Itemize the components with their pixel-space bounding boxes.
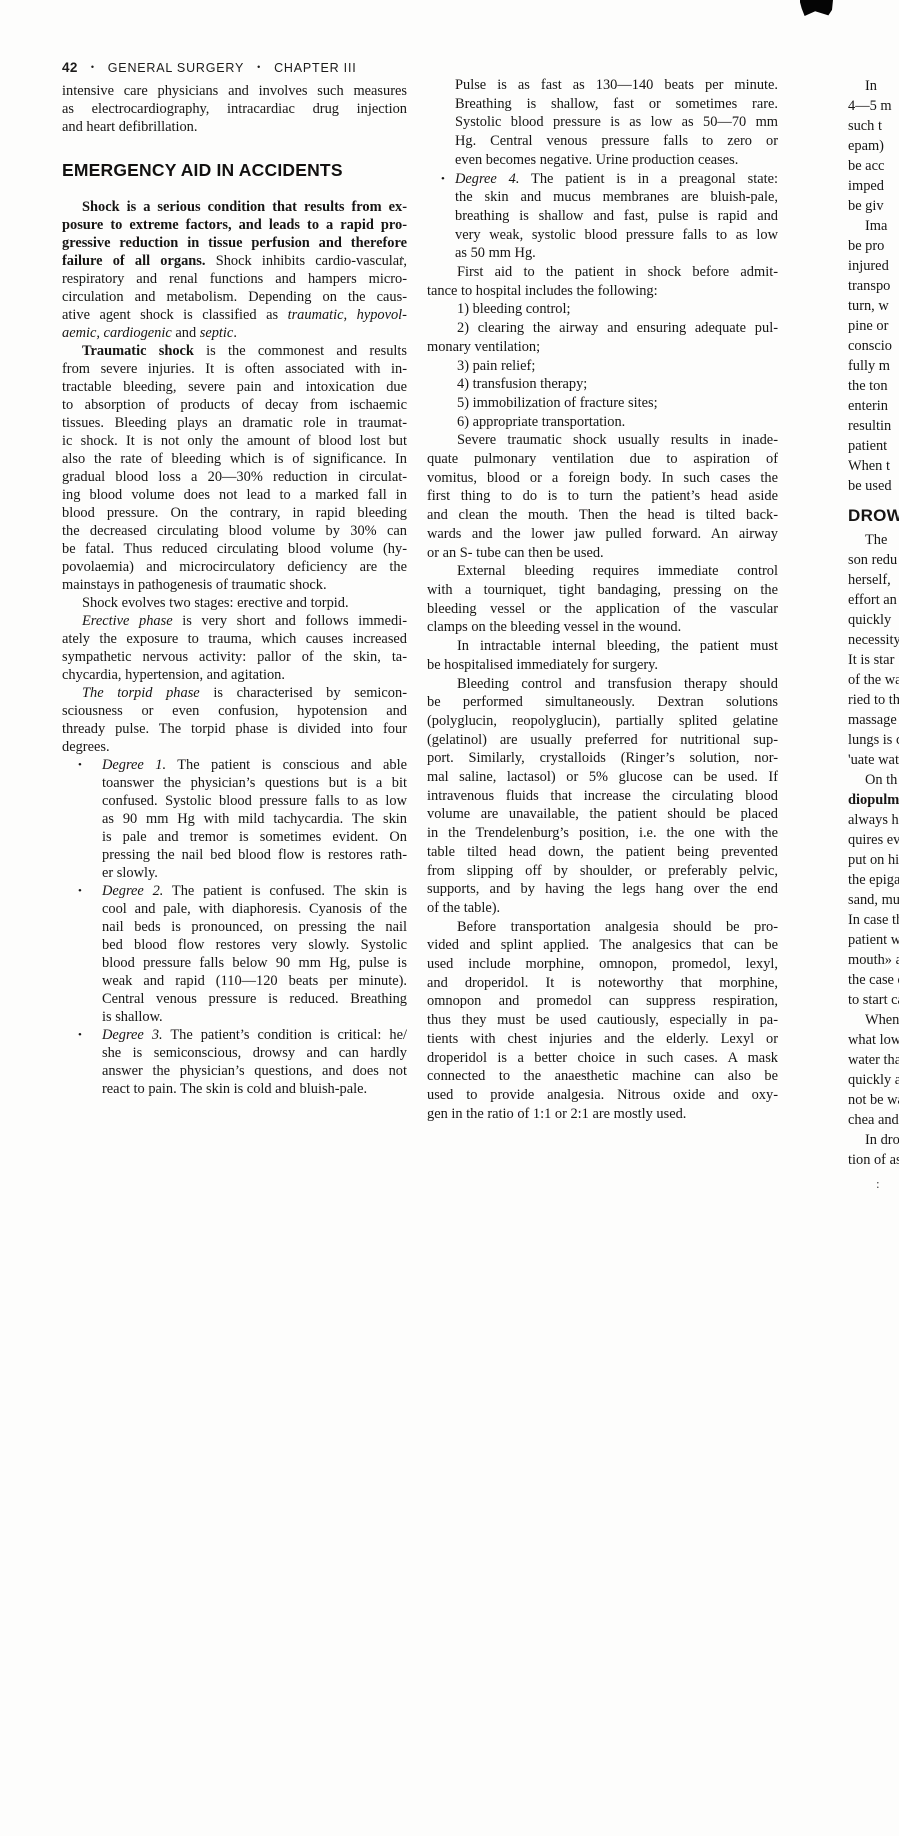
text-line: vomitus, blood or a foreign body. In suc… [427,469,778,488]
text-line-fragment: diopulmo [848,792,899,809]
text-line-fragment: son redu [848,552,897,569]
text-line-fragment: necessity [848,632,899,649]
text-line: ing blood volume does not lead to a mark… [62,486,407,504]
text-line-fragment: what lowe [848,1032,899,1049]
paragraph: First aid to the patient in shock before… [427,263,778,300]
paragraph: Traumatic shock is the commonest and res… [62,342,407,594]
text-line: chycardia, hypertension, and agitation. [62,666,407,684]
text-line-fragment: be acc [848,158,884,175]
text-line-fragment: sand, muc [848,892,899,909]
text-line: ative agent shock is classified as traum… [62,306,407,324]
text-line: gradual blood loss a 20—30% reduction in… [62,468,407,486]
text-line: be performed simultaneously. Dextran sol… [427,693,778,712]
text-line: Severe traumatic shock usually results i… [427,431,778,450]
text-line-fragment: In [865,78,877,95]
scan-corner-mark [800,0,833,16]
text-line: vided and splint applied. The analgesics… [427,936,778,955]
text-line: External bleeding requires immediate con… [427,562,778,581]
text-line-fragment: water that [848,1052,899,1069]
text-line: in the Trendelenburg’s position, i.e. th… [427,824,778,843]
running-head-chapter: CHAPTER III [274,61,356,75]
text-line-fragment: to start ca [848,992,899,1009]
text-line: (gelatinol) are usually preferred for nu… [427,731,778,750]
text-line: Shock is a serious condition that result… [62,198,407,216]
text-line-fragment: the ton [848,378,888,395]
text-line: the skin and mucus membranes are bluish-… [427,188,778,207]
text-line: blood pressure. On the contrary, in rapi… [62,504,407,522]
text-line-fragment: effort an [848,592,897,609]
text-line: clamps on the bleeding vessel in the wou… [427,618,778,637]
text-line: er slowly. [62,864,407,882]
text-line: Systolic blood pressure is as low as 50—… [427,113,778,132]
text-line-fragment: It is star [848,652,894,669]
text-line: (polyglucin, reopolyglucin), partially s… [427,712,778,731]
text-line: wards and the lower jaw pulled forward. … [427,525,778,544]
numbered-item: 3) pain relief; [427,357,778,376]
text-line: used include morphine, omnopon, promedol… [427,955,778,974]
bullet-icon: • [441,170,445,189]
left-column: intensive care physicians and involves s… [62,82,407,1098]
text-line-fragment: injured [848,258,889,275]
section-heading-drowning-clipped: DROW [848,506,899,526]
text-line: Pulse is as fast as 130—140 beats per mi… [427,76,778,95]
text-line: Traumatic shock is the commonest and res… [62,342,407,360]
bullet-item: •Degree 2. The patient is confused. The … [62,882,407,1026]
text-line: tractable bleeding, severe pain and into… [62,378,407,396]
text-line: Shock evolves two stages: erective and t… [62,594,407,612]
text-line: respiratory and renal functions and hamp… [62,270,407,288]
text-line: gen in the ratio of 1:1 or 2:1 are mostl… [427,1105,778,1124]
text-line-fragment: the case o [848,972,899,989]
text-line: react to pain. The skin is cold and blui… [62,1080,407,1098]
scanned-page: { "page": { "header": { "page_number": "… [0,0,899,1836]
running-head: 42 • GENERAL SURGERY • CHAPTER III [62,60,402,75]
text-line: cool and pale, with diaphoresis. Cyanosi… [62,900,407,918]
separator-dot: • [91,62,95,72]
text-line: gressive reduction in tissue perfusion a… [62,234,407,252]
text-line: be fatal. Thus reduced circulating blood… [62,540,407,558]
text-line: monary ventilation; [427,338,778,357]
text-line: intensive care physicians and involves s… [62,82,407,100]
text-line-fragment: such t [848,118,882,135]
text-line: the decreased circulating blood volume b… [62,522,407,540]
numbered-item: 4) transfusion therapy; [427,375,778,394]
text-line: thus they must be used cautiously, espec… [427,1011,778,1030]
text-line-fragment: On th [865,772,897,789]
text-line: quate pulmonary ventilation due to aspir… [427,450,778,469]
text-line-fragment: 4—5 m [848,98,892,115]
text-line-fragment: In case th [848,912,899,929]
text-line: Central venous pressure is reduced. Brea… [62,990,407,1008]
text-line-fragment: patient w [848,932,899,949]
text-line: toanswer the physician’s questions but i… [62,774,407,792]
text-line: be hospitalised immediately for surgery. [427,656,778,675]
text-line-fragment: lungs is c [848,732,899,749]
text-line-fragment: When t [848,458,890,475]
text-line: aemic, cardiogenic and septic. [62,324,407,342]
text-line: used to provide analgesia. Nitrous oxide… [427,1086,778,1105]
text-line-fragment: enterin [848,398,888,415]
text-line-fragment: imped [848,178,884,195]
text-line: first thing to do is to turn the patient… [427,487,778,506]
text-line: as electrocardiography, intracardiac dru… [62,100,407,118]
text-line: very weak, systolic blood pressure falls… [427,226,778,245]
text-line: circulation and metabolism. Depending on… [62,288,407,306]
bullet-icon: • [78,1026,82,1044]
text-line-fragment: always ha [848,812,899,829]
paragraph: Shock is a serious condition that result… [62,198,407,342]
text-line: also the rate of bleeding which is of si… [62,450,407,468]
text-line-fragment: mouth» a [848,952,899,969]
numbered-item: 1) bleeding control; [427,300,778,319]
text-line: Erective phase is very short and follows… [62,612,407,630]
text-line: and clean the mouth. Then the head is ti… [427,506,778,525]
text-line: and heart defibrillation. [62,118,407,136]
text-line: from slipping off by shoulder, or prefer… [427,862,778,881]
text-line: even becomes negative. Urine production … [427,151,778,170]
text-line: mainstays in pathogenesis of traumatic s… [62,576,407,594]
text-line: tance to hospital includes the following… [427,282,778,301]
text-line-fragment: epam) [848,138,884,155]
text-line: 1) bleeding control; [427,300,778,319]
paragraph: intensive care physicians and involves s… [62,82,407,136]
text-line: 4) transfusion therapy; [427,375,778,394]
text-line: nail beds is pronounced, on pressing the… [62,918,407,936]
scan-artifact-colon: : [876,1176,880,1192]
text-line: is shallow. [62,1008,407,1026]
paragraph: Bleeding control and transfusion therapy… [427,675,778,918]
running-head-section: GENERAL SURGERY [108,61,244,75]
text-line-fragment: The [865,532,887,549]
text-line: of the table). [427,899,778,918]
text-line: supports, and by having the legs hang ov… [427,880,778,899]
text-line: as 50 mm Hg. [427,244,778,263]
text-line-fragment: 'uate wate [848,752,899,769]
text-line-fragment: When a [865,1012,899,1029]
text-line: is pale and tremor is sometimes evident.… [62,828,407,846]
text-line-fragment: of the wa [848,672,899,689]
text-line: Bleeding control and transfusion therapy… [427,675,778,694]
text-line: intravenous fluids that increase the cir… [427,787,778,806]
paragraph: In intractable internal bleeding, the pa… [427,637,778,674]
text-line: tissues. Bleeding plays an dramatic role… [62,414,407,432]
paragraph: The torpid phase is characterised by sem… [62,684,407,756]
text-line: The torpid phase is characterised by sem… [62,684,407,702]
text-line-fragment: quires eva [848,832,899,849]
bullet-item: •Degree 3. The patient’s condition is cr… [62,1026,407,1098]
text-line: In intractable internal bleeding, the pa… [427,637,778,656]
text-line-fragment: In drow [865,1132,899,1149]
text-line: and droperidol. It is noteworthy that mo… [427,974,778,993]
text-line: droperidol is a better choice in such ca… [427,1049,778,1068]
text-line-fragment: be giv [848,198,884,215]
text-line-fragment: chea and b [848,1112,899,1129]
text-line-fragment: conscio [848,338,892,355]
text-line: 2) clearing the airway and ensuring adeq… [427,319,778,338]
paragraph: Severe traumatic shock usually results i… [427,431,778,562]
text-line: ately the exposure to trauma, which caus… [62,630,407,648]
text-line: with a tourniquet, tight bandaging, pres… [427,581,778,600]
text-line: weak and rapid (110—120 beats per minute… [62,972,407,990]
text-line-fragment: turn, w [848,298,889,315]
text-line: failure of all organs. Shock inhibits ca… [62,252,407,270]
text-line: povolaemia) and microcirculatory deficie… [62,558,407,576]
bullet-item: •Degree 4. The patient is in a preagonal… [427,170,778,264]
text-line-fragment: the epigas [848,872,899,889]
section-heading-emergency-aid: EMERGENCY AID IN ACCIDENTS [62,158,407,182]
text-line: thready pulse. The torpid phase is divid… [62,720,407,738]
page: 42 • GENERAL SURGERY • CHAPTER III inten… [0,0,899,1836]
text-line: 3) pain relief; [427,357,778,376]
text-line-fragment: patient [848,438,887,455]
text-line: mal saline, lactasol) or 5% glucose can … [427,768,778,787]
text-line-fragment: ried to th [848,692,899,709]
text-line-fragment: not be was [848,1092,899,1109]
text-line-fragment: fully m [848,358,890,375]
text-line-fragment: resultin [848,418,891,435]
paragraph: Shock evolves two stages: erective and t… [62,594,407,612]
text-line: port. Similarly, crystalloids (Ringer’s … [427,749,778,768]
text-line-fragment: Ima [865,218,887,235]
text-line: sciousness or even confusion, hypotensio… [62,702,407,720]
text-line: Breathing is shallow, fast or sometimes … [427,95,778,114]
text-line: tients with chest injuries and the elder… [427,1030,778,1049]
text-line: degrees. [62,738,407,756]
text-line: 6) appropriate transportation. [427,413,778,432]
text-line-fragment: put on his [848,852,899,869]
text-line: pressing the nail bed blood flow is rest… [62,846,407,864]
text-line: Degree 4. The patient is in a preagonal … [427,170,778,189]
paragraph: Erective phase is very short and follows… [62,612,407,684]
text-line: bleeding vessel or the application of th… [427,600,778,619]
separator-dot: • [257,62,261,72]
numbered-item: 5) immobilization of fracture sites; [427,394,778,413]
bullet-icon: • [78,756,82,774]
text-line: she is semiconscious, drowsy and can har… [62,1044,407,1062]
numbered-item: 6) appropriate transportation. [427,413,778,432]
text-line: First aid to the patient in shock before… [427,263,778,282]
text-line: breathing is shallow and fast, pulse is … [427,207,778,226]
text-line: posure to extreme factors, and leads to … [62,216,407,234]
text-line: volume are unavailable, the patient shou… [427,805,778,824]
text-line: Degree 1. The patient is conscious and a… [62,756,407,774]
text-line: confused. Systolic blood pressure falls … [62,792,407,810]
scan-artifact-dot: . [400,246,403,262]
text-line: Before transportation analgesia should b… [427,918,778,937]
text-line: bed blood flow restores very slowly. Sys… [62,936,407,954]
text-line-fragment: be used [848,478,892,495]
middle-column: Pulse is as fast as 130—140 beats per mi… [427,76,778,1123]
text-line: ic shock. It is not only the amount of b… [62,432,407,450]
bullet-item: •Degree 1. The patient is conscious and … [62,756,407,882]
text-line-fragment: pine or [848,318,888,335]
numbered-item: 2) clearing the airway and ensuring adeq… [427,319,778,356]
page-number: 42 [62,60,78,75]
paragraph: External bleeding requires immediate con… [427,562,778,637]
text-line-fragment: herself, [848,572,891,589]
text-line-fragment: massage [848,712,897,729]
text-line: Degree 3. The patient’s condition is cri… [62,1026,407,1044]
text-line: from severe injuries. It is often associ… [62,360,407,378]
text-line: or an S- tube can then be used. [427,544,778,563]
text-line: 5) immobilization of fracture sites; [427,394,778,413]
text-line-fragment: tion of as [848,1152,899,1169]
text-line-fragment: quickly [848,612,891,629]
paragraph: Pulse is as fast as 130—140 beats per mi… [427,76,778,170]
text-line: Degree 2. The patient is confused. The s… [62,882,407,900]
text-line: sympathetic nervous activity: pallor of … [62,648,407,666]
text-line: blood pressure falls below 90 mm Hg, pul… [62,954,407,972]
text-line: to absorption of products of decay from … [62,396,407,414]
text-line: as 90 mm Hg with mild tachycardia. The s… [62,810,407,828]
text-line: Hg. Central venous pressure falls to zer… [427,132,778,151]
text-line-fragment: be pro [848,238,884,255]
text-line-fragment: transpo [848,278,890,295]
paragraph: Before transportation analgesia should b… [427,918,778,1124]
text-line-fragment: quickly ab [848,1072,899,1089]
text-line: table tilted head down, the patient bein… [427,843,778,862]
text-line: omnopon and promedol can suppress respir… [427,992,778,1011]
text-line: answer the physician’s questions, and do… [62,1062,407,1080]
bullet-icon: • [78,882,82,900]
text-line: connected to the anaesthetic machine can… [427,1067,778,1086]
